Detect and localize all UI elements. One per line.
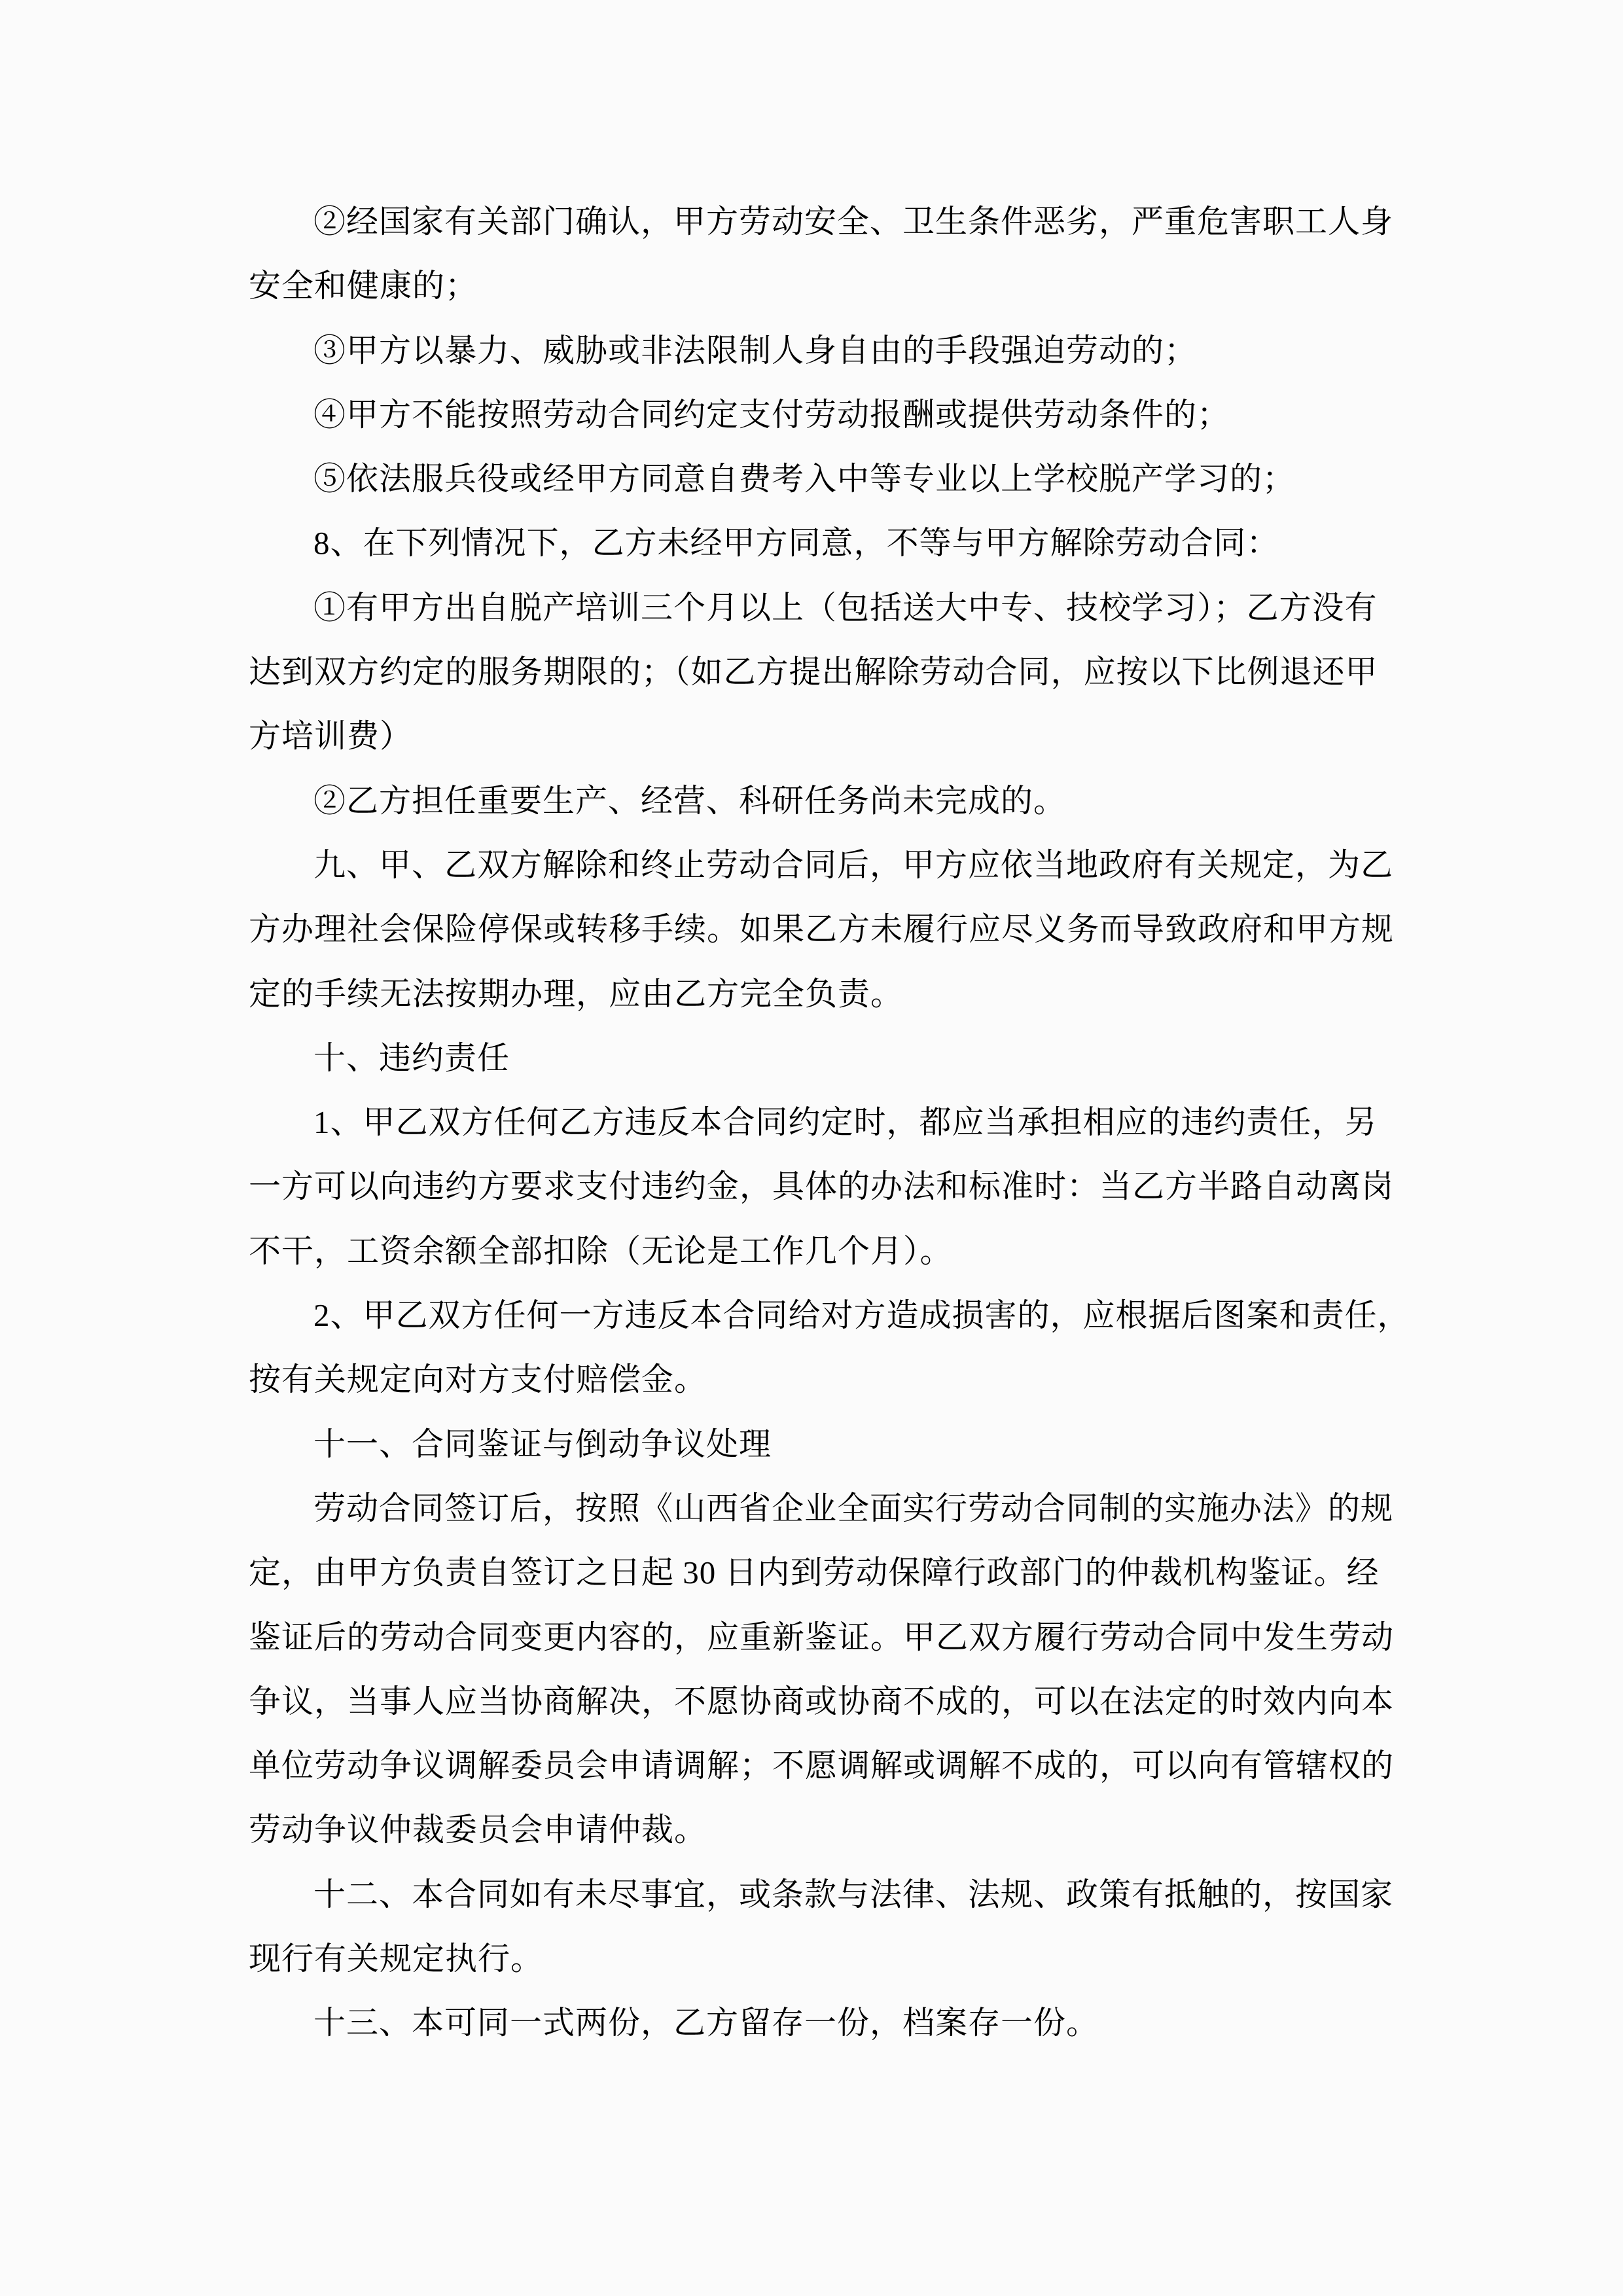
text-line: 定的手续无法按期办理，应由乙方完全负责。 xyxy=(249,962,1387,1026)
text-line: ②乙方担任重要生产、经营、科研任务尚未完成的。 xyxy=(249,769,1387,833)
text-line: 不干，工资余额全部扣除（无论是工作几个月）。 xyxy=(249,1219,1387,1283)
text-line: 现行有关规定执行。 xyxy=(249,1927,1387,1991)
text-line: 1、甲乙双方任何乙方违反本合同约定时，都应当承担相应的违约责任，另 xyxy=(249,1090,1387,1155)
text-line: 8、在下列情况下，乙方未经甲方同意，不等与甲方解除劳动合同： xyxy=(249,511,1387,575)
contract-document-page: ②经国家有关部门确认，甲方劳动安全、卫生条件恶劣，严重危害职工人身安全和健康的；… xyxy=(0,0,1623,2296)
text-line: 方培训费） xyxy=(249,704,1387,768)
text-line: 鉴证后的劳动合同变更内容的，应重新鉴证。甲乙双方履行劳动合同中发生劳动 xyxy=(249,1605,1387,1670)
text-line: ③甲方以暴力、威胁或非法限制人身自由的手段强迫劳动的； xyxy=(249,319,1387,383)
text-line: 一方可以向违约方要求支付违约金，具体的办法和标准时：当乙方半路自动离岗 xyxy=(249,1155,1387,1219)
text-line: ④甲方不能按照劳动合同约定支付劳动报酬或提供劳动条件的； xyxy=(249,383,1387,447)
text-line: 十二、本合同如有未尽事宜，或条款与法律、法规、政策有抵触的，按国家 xyxy=(249,1863,1387,1927)
text-line: 十、违约责任 xyxy=(249,1026,1387,1090)
text-line: 按有关规定向对方支付赔偿金。 xyxy=(249,1348,1387,1412)
document-body: ②经国家有关部门确认，甲方劳动安全、卫生条件恶劣，严重危害职工人身安全和健康的；… xyxy=(249,190,1387,2056)
text-line: ⑤依法服兵役或经甲方同意自费考入中等专业以上学校脱产学习的； xyxy=(249,447,1387,511)
text-line: ①有甲方出自脱产培训三个月以上（包括送大中专、技校学习）；乙方没有 xyxy=(249,576,1387,640)
text-line: 定，由甲方负责自签订之日起 30 日内到劳动保障行政部门的仲裁机构鉴证。经 xyxy=(249,1541,1387,1605)
text-line: ②经国家有关部门确认，甲方劳动安全、卫生条件恶劣，严重危害职工人身 xyxy=(249,190,1387,254)
text-line: 劳动合同签订后，按照《山西省企业全面实行劳动合同制的实施办法》的规 xyxy=(249,1477,1387,1541)
text-line: 达到双方约定的服务期限的；（如乙方提出解除劳动合同，应按以下比例退还甲 xyxy=(249,640,1387,704)
text-line: 劳动争议仲裁委员会申请仲裁。 xyxy=(249,1798,1387,1862)
text-line: 争议，当事人应当协商解决，不愿协商或协商不成的，可以在法定的时效内向本 xyxy=(249,1670,1387,1734)
text-line: 安全和健康的； xyxy=(249,254,1387,318)
text-line: 十一、合同鉴证与倒动争议处理 xyxy=(249,1412,1387,1477)
text-line: 十三、本可同一式两份，乙方留存一份，档案存一份。 xyxy=(249,1991,1387,2055)
text-line: 九、甲、乙双方解除和终止劳动合同后，甲方应依当地政府有关规定，为乙 xyxy=(249,833,1387,897)
text-line: 方办理社会保险停保或转移手续。如果乙方未履行应尽义务而导致政府和甲方规 xyxy=(249,897,1387,961)
text-line: 2、甲乙双方任何一方违反本合同给对方造成损害的，应根据后图案和责任， xyxy=(249,1283,1387,1348)
text-line: 单位劳动争议调解委员会申请调解；不愿调解或调解不成的，可以向有管辖权的 xyxy=(249,1734,1387,1798)
